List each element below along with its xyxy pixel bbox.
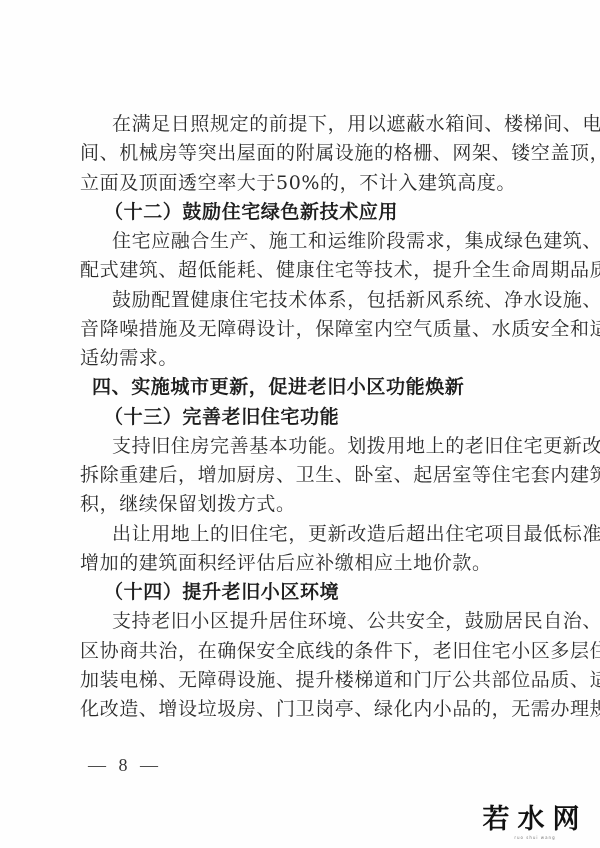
paragraph-line: 立面及顶面透空率大于50%的，不计入建筑高度。: [80, 169, 530, 198]
document-body: 在满足日照规定的前提下，用以遮蔽水箱间、楼梯间、电梯 间、机械房等突出屋面的附属…: [80, 110, 530, 724]
paragraph-line: 加装电梯、无障碍设施、提升楼梯道和门厅公共部位品质、适老: [80, 666, 530, 695]
paragraph-line: 支持老旧小区提升居住环境、公共安全，鼓励居民自治、社: [80, 607, 530, 636]
paragraph-line: 鼓励配置健康住宅技术体系，包括新风系统、净水设施、隔: [80, 286, 530, 315]
watermark-text: 若水网: [480, 805, 590, 835]
section-heading-12: （十二）鼓励住宅绿色新技术应用: [80, 198, 530, 227]
paragraph-line: 间、机械房等突出屋面的附属设施的格栅、网架、镂空盖顶，其: [80, 139, 530, 168]
section-heading-13: （十三）完善老旧住宅功能: [80, 403, 530, 432]
watermark-subtext: ruo shui wang: [480, 835, 590, 841]
paragraph-line: 适幼需求。: [80, 344, 530, 373]
paragraph-line: 积，继续保留划拨方式。: [80, 490, 530, 519]
section-heading-14: （十四）提升老旧小区环境: [80, 578, 530, 607]
watermark-logo: 若水网 ruo shui wang: [480, 805, 590, 841]
paragraph-line: 住宅应融合生产、施工和运维阶段需求，集成绿色建筑、装: [80, 227, 530, 256]
paragraph-line: 支持旧住房完善基本功能。划拨用地上的老旧住宅更新改造、: [80, 432, 530, 461]
paragraph-line: 增加的建筑面积经评估后应补缴相应土地价款。: [80, 549, 530, 578]
paragraph-line: 化改造、增设垃圾房、门卫岗亭、绿化内小品的，无需办理规划: [80, 695, 530, 724]
chapter-heading-4: 四、实施城市更新，促进老旧小区功能焕新: [80, 373, 530, 402]
page-number: — 8 —: [88, 755, 162, 776]
paragraph-line: 在满足日照规定的前提下，用以遮蔽水箱间、楼梯间、电梯: [80, 110, 530, 139]
paragraph-line: 拆除重建后，增加厨房、卫生、卧室、起居室等住宅套内建筑面: [80, 461, 530, 490]
document-page: 在满足日照规定的前提下，用以遮蔽水箱间、楼梯间、电梯 间、机械房等突出屋面的附属…: [0, 0, 600, 848]
paragraph-line: 音降噪措施及无障碍设计，保障室内空气质量、水质安全和适老: [80, 315, 530, 344]
paragraph-line: 配式建筑、超低能耗、健康住宅等技术，提升全生命周期品质。: [80, 256, 530, 285]
paragraph-line: 区协商共治，在确保安全底线的条件下，老旧住宅小区多层住宅: [80, 637, 530, 666]
paragraph-line: 出让用地上的旧住宅，更新改造后超出住宅项目最低标准的，: [80, 520, 530, 549]
